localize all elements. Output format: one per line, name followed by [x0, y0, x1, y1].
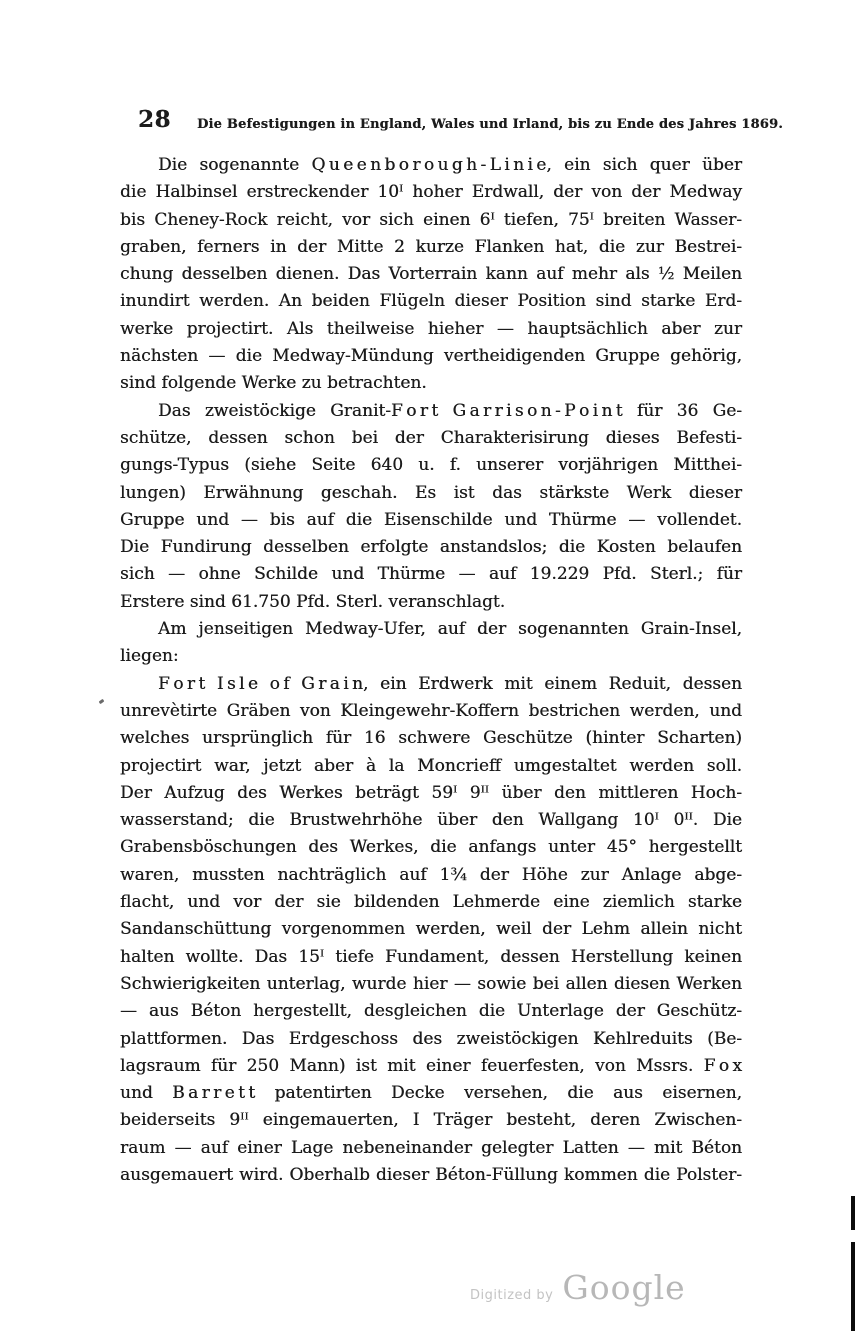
text-line: Am jenseitigen Medway-Ufer, auf der soge…	[120, 616, 742, 643]
text-line: unrevètirte Gräben von Kleingewehr-Koffe…	[120, 698, 742, 725]
text-line: schütze, dessen schon bei der Charakteri…	[120, 425, 742, 452]
text-line: sind folgende Werke zu betrachten.	[120, 370, 742, 397]
text-line: die Halbinsel erstreckender 10ᴵ hoher Er…	[120, 179, 742, 206]
text-line: flacht, und vor der sie bildenden Lehmer…	[120, 889, 742, 916]
running-title: Die Befestigungen in England, Wales und …	[197, 117, 747, 132]
text-line: ausgemauert wird. Oberhalb dieser Béton-…	[120, 1162, 742, 1189]
page-number: 28	[138, 106, 171, 133]
page-body: Die sogenannte Q u e e n b o r o u g h -…	[120, 152, 742, 1189]
text-line: graben, ferners in der Mitte 2 kurze Fla…	[120, 234, 742, 261]
text-line: und B a r r e t t patentirten Decke vers…	[120, 1080, 742, 1107]
text-line: raum — auf einer Lage nebeneinander gele…	[120, 1135, 742, 1162]
paragraph: F o r t I s l e o f G r a i n, ein Erdwe…	[120, 671, 742, 1190]
paragraph: Die sogenannte Q u e e n b o r o u g h -…	[120, 152, 742, 398]
text-line: Das zweistöckige Granit-F o r t G a r r …	[120, 398, 742, 425]
text-line: Erstere sind 61.750 Pfd. Sterl. veransch…	[120, 589, 742, 616]
scanned-book-page: 28 Die Befestigungen in England, Wales u…	[0, 0, 856, 1331]
google-logo: Google	[562, 1268, 685, 1307]
text-line: plattformen. Das Erdgeschoss des zweistö…	[120, 1026, 742, 1053]
text-line: chung desselben dienen. Das Vorterrain k…	[120, 261, 742, 288]
paragraph: Das zweistöckige Granit-F o r t G a r r …	[120, 398, 742, 616]
text-line: liegen:	[120, 643, 742, 670]
paragraph: Am jenseitigen Medway-Ufer, auf der soge…	[120, 616, 742, 671]
text-line: Die sogenannte Q u e e n b o r o u g h -…	[120, 152, 742, 179]
text-line: gungs-Typus (siehe Seite 640 u. f. unser…	[120, 452, 742, 479]
text-line: inundirt werden. An beiden Flügeln diese…	[120, 288, 742, 315]
digitized-by-google-watermark: Digitized by Google	[470, 1268, 686, 1307]
text-line: Der Aufzug des Werkes beträgt 59ᴵ 9ᴵᴵ üb…	[120, 780, 742, 807]
text-line: waren, mussten nachträglich auf 1¾ der H…	[120, 862, 742, 889]
text-line: welches ursprünglich für 16 schwere Gesc…	[120, 725, 742, 752]
text-line: Schwierigkeiten unterlag, wurde hier — s…	[120, 971, 742, 998]
text-line: nächsten — die Medway-Mündung vertheidig…	[120, 343, 742, 370]
text-line: F o r t I s l e o f G r a i n, ein Erdwe…	[120, 671, 742, 698]
watermark-text: Digitized by	[470, 1288, 553, 1303]
text-line: bis Cheney-Rock reicht, vor sich einen 6…	[120, 207, 742, 234]
text-line: wasserstand; die Brustwehrhöhe über den …	[120, 807, 742, 834]
scan-edge-artifact	[851, 1242, 855, 1331]
text-line: projectirt war, jetzt aber à la Moncrief…	[120, 753, 742, 780]
text-line: Grabensböschungen des Werkes, die anfang…	[120, 834, 742, 861]
text-line: beiderseits 9ᴵᴵ eingemauerten, I Träger …	[120, 1107, 742, 1134]
scan-edge-artifact	[851, 1196, 855, 1230]
text-line: Gruppe und — bis auf die Eisenschilde un…	[120, 507, 742, 534]
text-line: lungen) Erwähnung geschah. Es ist das st…	[120, 480, 742, 507]
text-line: lagsraum für 250 Mann) ist mit einer feu…	[120, 1053, 742, 1080]
text-line: halten wollte. Das 15ᴵ tiefe Fundament, …	[120, 944, 742, 971]
text-line: werke projectirt. Als theilweise hieher …	[120, 316, 742, 343]
text-line: — aus Béton hergestellt, desgleichen die…	[120, 998, 742, 1025]
scan-speck-artifact	[99, 699, 105, 704]
text-line: Die Fundirung desselben erfolgte anstand…	[120, 534, 742, 561]
text-line: Sandanschüttung vorgenommen werden, weil…	[120, 916, 742, 943]
text-line: sich — ohne Schilde und Thürme — auf 19.…	[120, 561, 742, 588]
